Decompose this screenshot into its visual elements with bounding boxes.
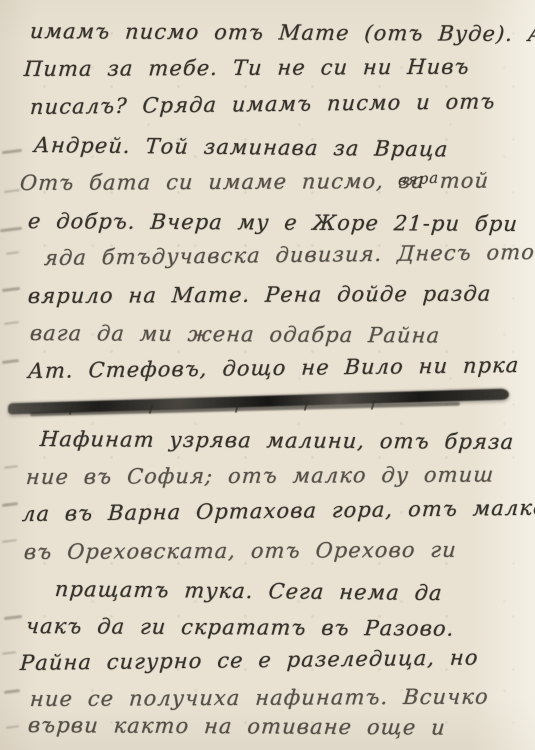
margin-smudge: [6, 251, 19, 255]
margin-smudge: [0, 227, 22, 233]
margin-smudge: [2, 651, 16, 655]
handwritten-line: въ Ореховската, отъ Орехово ги: [23, 535, 458, 567]
margin-smudge: [4, 321, 19, 325]
margin-smudge: [2, 502, 18, 507]
margin-smudge: [4, 189, 20, 193]
handwritten-line: Нафинат узрява малини, отъ бряза: [39, 424, 516, 457]
handwritten-line: яда бтъдучавска дивизия. Днесъ ото: [43, 237, 535, 273]
margin-smudge: [2, 539, 17, 543]
margin-smudge: [4, 689, 20, 694]
margin-smudge: [2, 359, 19, 364]
margin-smudge: [6, 725, 19, 729]
handwritten-line: Райна сигурно се е разеледица, но: [19, 642, 479, 678]
handwritten-line: ние се получиха нафинатъ. Всичко: [29, 682, 490, 714]
handwritten-line: Пита за тебе. Ти не си ни Нивъ: [23, 52, 471, 84]
margin-smudge: [4, 465, 18, 469]
handwritten-line: Андрей. Той заминава за Враца: [33, 130, 450, 164]
handwritten-line: ла въ Варна Ортахова гора, отъ малко: [21, 493, 535, 529]
handwritten-line: чакъ да ги скрататъ въ Разово.: [25, 611, 456, 644]
margin-smudge: [4, 615, 22, 620]
letter-page: имамъ писмо отъ Мате (отъ Вуде). А Пита …: [0, 0, 535, 750]
handwritten-line: вярило на Мате. Рена дойде разда: [27, 279, 492, 311]
handwritten-line: върви както на отиване още и: [27, 710, 447, 743]
handwritten-line: имамъ писмо отъ Мате (отъ Вуде). А: [29, 16, 535, 49]
inserted-word: вяра: [398, 169, 439, 190]
handwritten-line: писалъ? Сряда имамъ писмо и отъ: [29, 86, 496, 122]
handwritten-line: вага да ми жена одабра Райна: [29, 318, 442, 350]
handwritten-line: ние въ София; отъ малко ду отиш: [25, 460, 495, 492]
margin-smudge: [2, 149, 22, 154]
handwritten-line: пращатъ тука. Сега нема да: [54, 574, 444, 608]
margin-smudge: [2, 287, 20, 292]
handwritten-line: Ат. Стефовъ, дощо не Вило ни прка: [27, 350, 520, 386]
handwritten-line: е добръ. Вчера му е Жоре 21-ри бри: [27, 206, 519, 239]
